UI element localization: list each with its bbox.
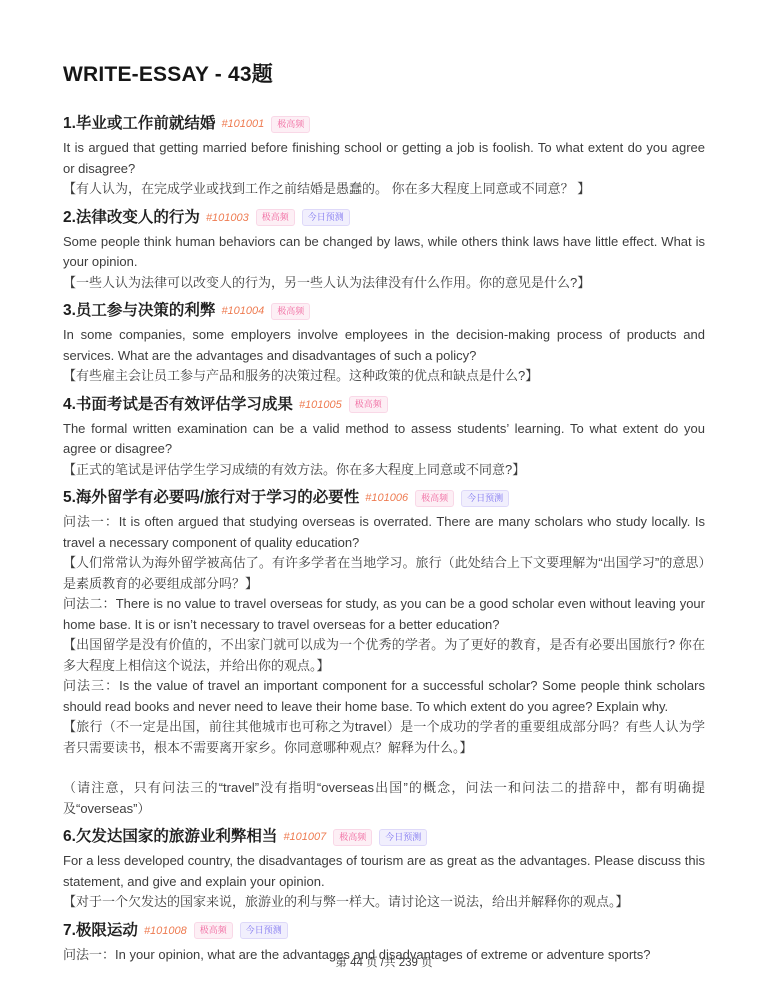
question-id: #101003 bbox=[206, 208, 249, 228]
question-text-en: For a less developed country, the disadv… bbox=[63, 851, 705, 892]
badge-high-frequency: 极高频 bbox=[256, 209, 295, 226]
question-text-en: The formal written examination can be a … bbox=[63, 419, 705, 460]
question-text-zh: 【有人认为，在完成学业或找到工作之前结婚是愚蠢的。 你在多大程度上同意或不同意？… bbox=[63, 179, 705, 200]
section-heading: 1.毕业或工作前就结婚 #101001 极高频 bbox=[63, 114, 705, 134]
question-variant-1-zh: 【人们常常认为海外留学被高估了。有许多学者在当地学习。旅行（此处结合上下文要理解… bbox=[63, 553, 705, 594]
question-section-4: 4.书面考试是否有效评估学习成果 #101005 极高频 The formal … bbox=[63, 395, 705, 481]
badge-high-frequency: 极高频 bbox=[194, 922, 233, 939]
document-page: WRITE-ESSAY - 43题 1.毕业或工作前就结婚 #101001 极高… bbox=[0, 0, 768, 994]
section-title: 4.书面考试是否有效评估学习成果 bbox=[63, 395, 293, 415]
question-text-zh: 【正式的笔试是评估学生学习成绩的有效方法。你在多大程度上同意或不同意?】 bbox=[63, 460, 705, 481]
note-text: （请注意，只有问法三的“travel”没有指明“overseas出国”的概念，问… bbox=[63, 778, 705, 819]
question-id: #101005 bbox=[299, 395, 342, 415]
question-id: #101007 bbox=[283, 827, 326, 847]
section-title: 7.极限运动 bbox=[63, 921, 138, 941]
badge-today-prediction: 今日预测 bbox=[461, 490, 509, 507]
badge-today-prediction: 今日预测 bbox=[379, 829, 427, 846]
question-id: #101008 bbox=[144, 921, 187, 941]
question-section-5: 5.海外留学有必要吗/旅行对于学习的必要性 #101006 极高频 今日预测 问… bbox=[63, 488, 705, 819]
question-text-zh: 【一些人认为法律可以改变人的行为，另一些人认为法律没有什么作用。你的意见是什么?… bbox=[63, 273, 705, 294]
badge-high-frequency: 极高频 bbox=[333, 829, 372, 846]
question-text-en: In some companies, some employers involv… bbox=[63, 325, 705, 366]
question-variant-3-zh: 【旅行（不一定是出国，前往其他城市也可称之为travel）是一个成功的学者的重要… bbox=[63, 717, 705, 758]
question-section-2: 2.法律改变人的行为 #101003 极高频 今日预测 Some people … bbox=[63, 208, 705, 294]
section-title: 2.法律改变人的行为 bbox=[63, 208, 200, 228]
question-id: #101004 bbox=[221, 301, 264, 321]
section-heading: 7.极限运动 #101008 极高频 今日预测 bbox=[63, 921, 705, 941]
section-title: 1.毕业或工作前就结婚 bbox=[63, 114, 215, 134]
badge-high-frequency: 极高频 bbox=[271, 303, 310, 320]
question-section-6: 6.欠发达国家的旅游业利弊相当 #101007 极高频 今日预测 For a l… bbox=[63, 827, 705, 913]
section-heading: 2.法律改变人的行为 #101003 极高频 今日预测 bbox=[63, 208, 705, 228]
question-text-en: Some people think human behaviors can be… bbox=[63, 232, 705, 273]
badge-high-frequency: 极高频 bbox=[349, 396, 388, 413]
section-title: 6.欠发达国家的旅游业利弊相当 bbox=[63, 827, 277, 847]
question-section-3: 3.员工参与决策的利弊 #101004 极高频 In some companie… bbox=[63, 301, 705, 387]
section-heading: 5.海外留学有必要吗/旅行对于学习的必要性 #101006 极高频 今日预测 bbox=[63, 488, 705, 508]
page-title: WRITE-ESSAY - 43题 bbox=[63, 58, 705, 88]
badge-high-frequency: 极高频 bbox=[271, 116, 310, 133]
page-number-footer: 第 44 页 /共 239 页 bbox=[0, 954, 768, 970]
section-heading: 4.书面考试是否有效评估学习成果 #101005 极高频 bbox=[63, 395, 705, 415]
question-id: #101006 bbox=[365, 488, 408, 508]
question-section-1: 1.毕业或工作前就结婚 #101001 极高频 It is argued tha… bbox=[63, 114, 705, 200]
badge-today-prediction: 今日预测 bbox=[302, 209, 350, 226]
badge-high-frequency: 极高频 bbox=[415, 490, 454, 507]
question-text-en: It is argued that getting married before… bbox=[63, 138, 705, 179]
question-variant-2-en: 问法二：There is no value to travel overseas… bbox=[63, 594, 705, 635]
section-heading: 3.员工参与决策的利弊 #101004 极高频 bbox=[63, 301, 705, 321]
question-variant-3-en: 问法三：Is the value of travel an important … bbox=[63, 676, 705, 717]
section-title: 5.海外留学有必要吗/旅行对于学习的必要性 bbox=[63, 488, 359, 508]
question-variant-2-zh: 【出国留学是没有价值的，不出家门就可以成为一个优秀的学者。为了更好的教育，是否有… bbox=[63, 635, 705, 676]
section-heading: 6.欠发达国家的旅游业利弊相当 #101007 极高频 今日预测 bbox=[63, 827, 705, 847]
question-text-zh: 【有些雇主会让员工参与产品和服务的决策过程。这种政策的优点和缺点是什么?】 bbox=[63, 366, 705, 387]
question-variant-1-en: 问法一：It is often argued that studying ove… bbox=[63, 512, 705, 553]
question-id: #101001 bbox=[221, 114, 264, 134]
question-text-zh: 【对于一个欠发达的国家来说，旅游业的利与弊一样大。请讨论这一说法，给出并解释你的… bbox=[63, 892, 705, 913]
badge-today-prediction: 今日预测 bbox=[240, 922, 288, 939]
section-title: 3.员工参与决策的利弊 bbox=[63, 301, 215, 321]
